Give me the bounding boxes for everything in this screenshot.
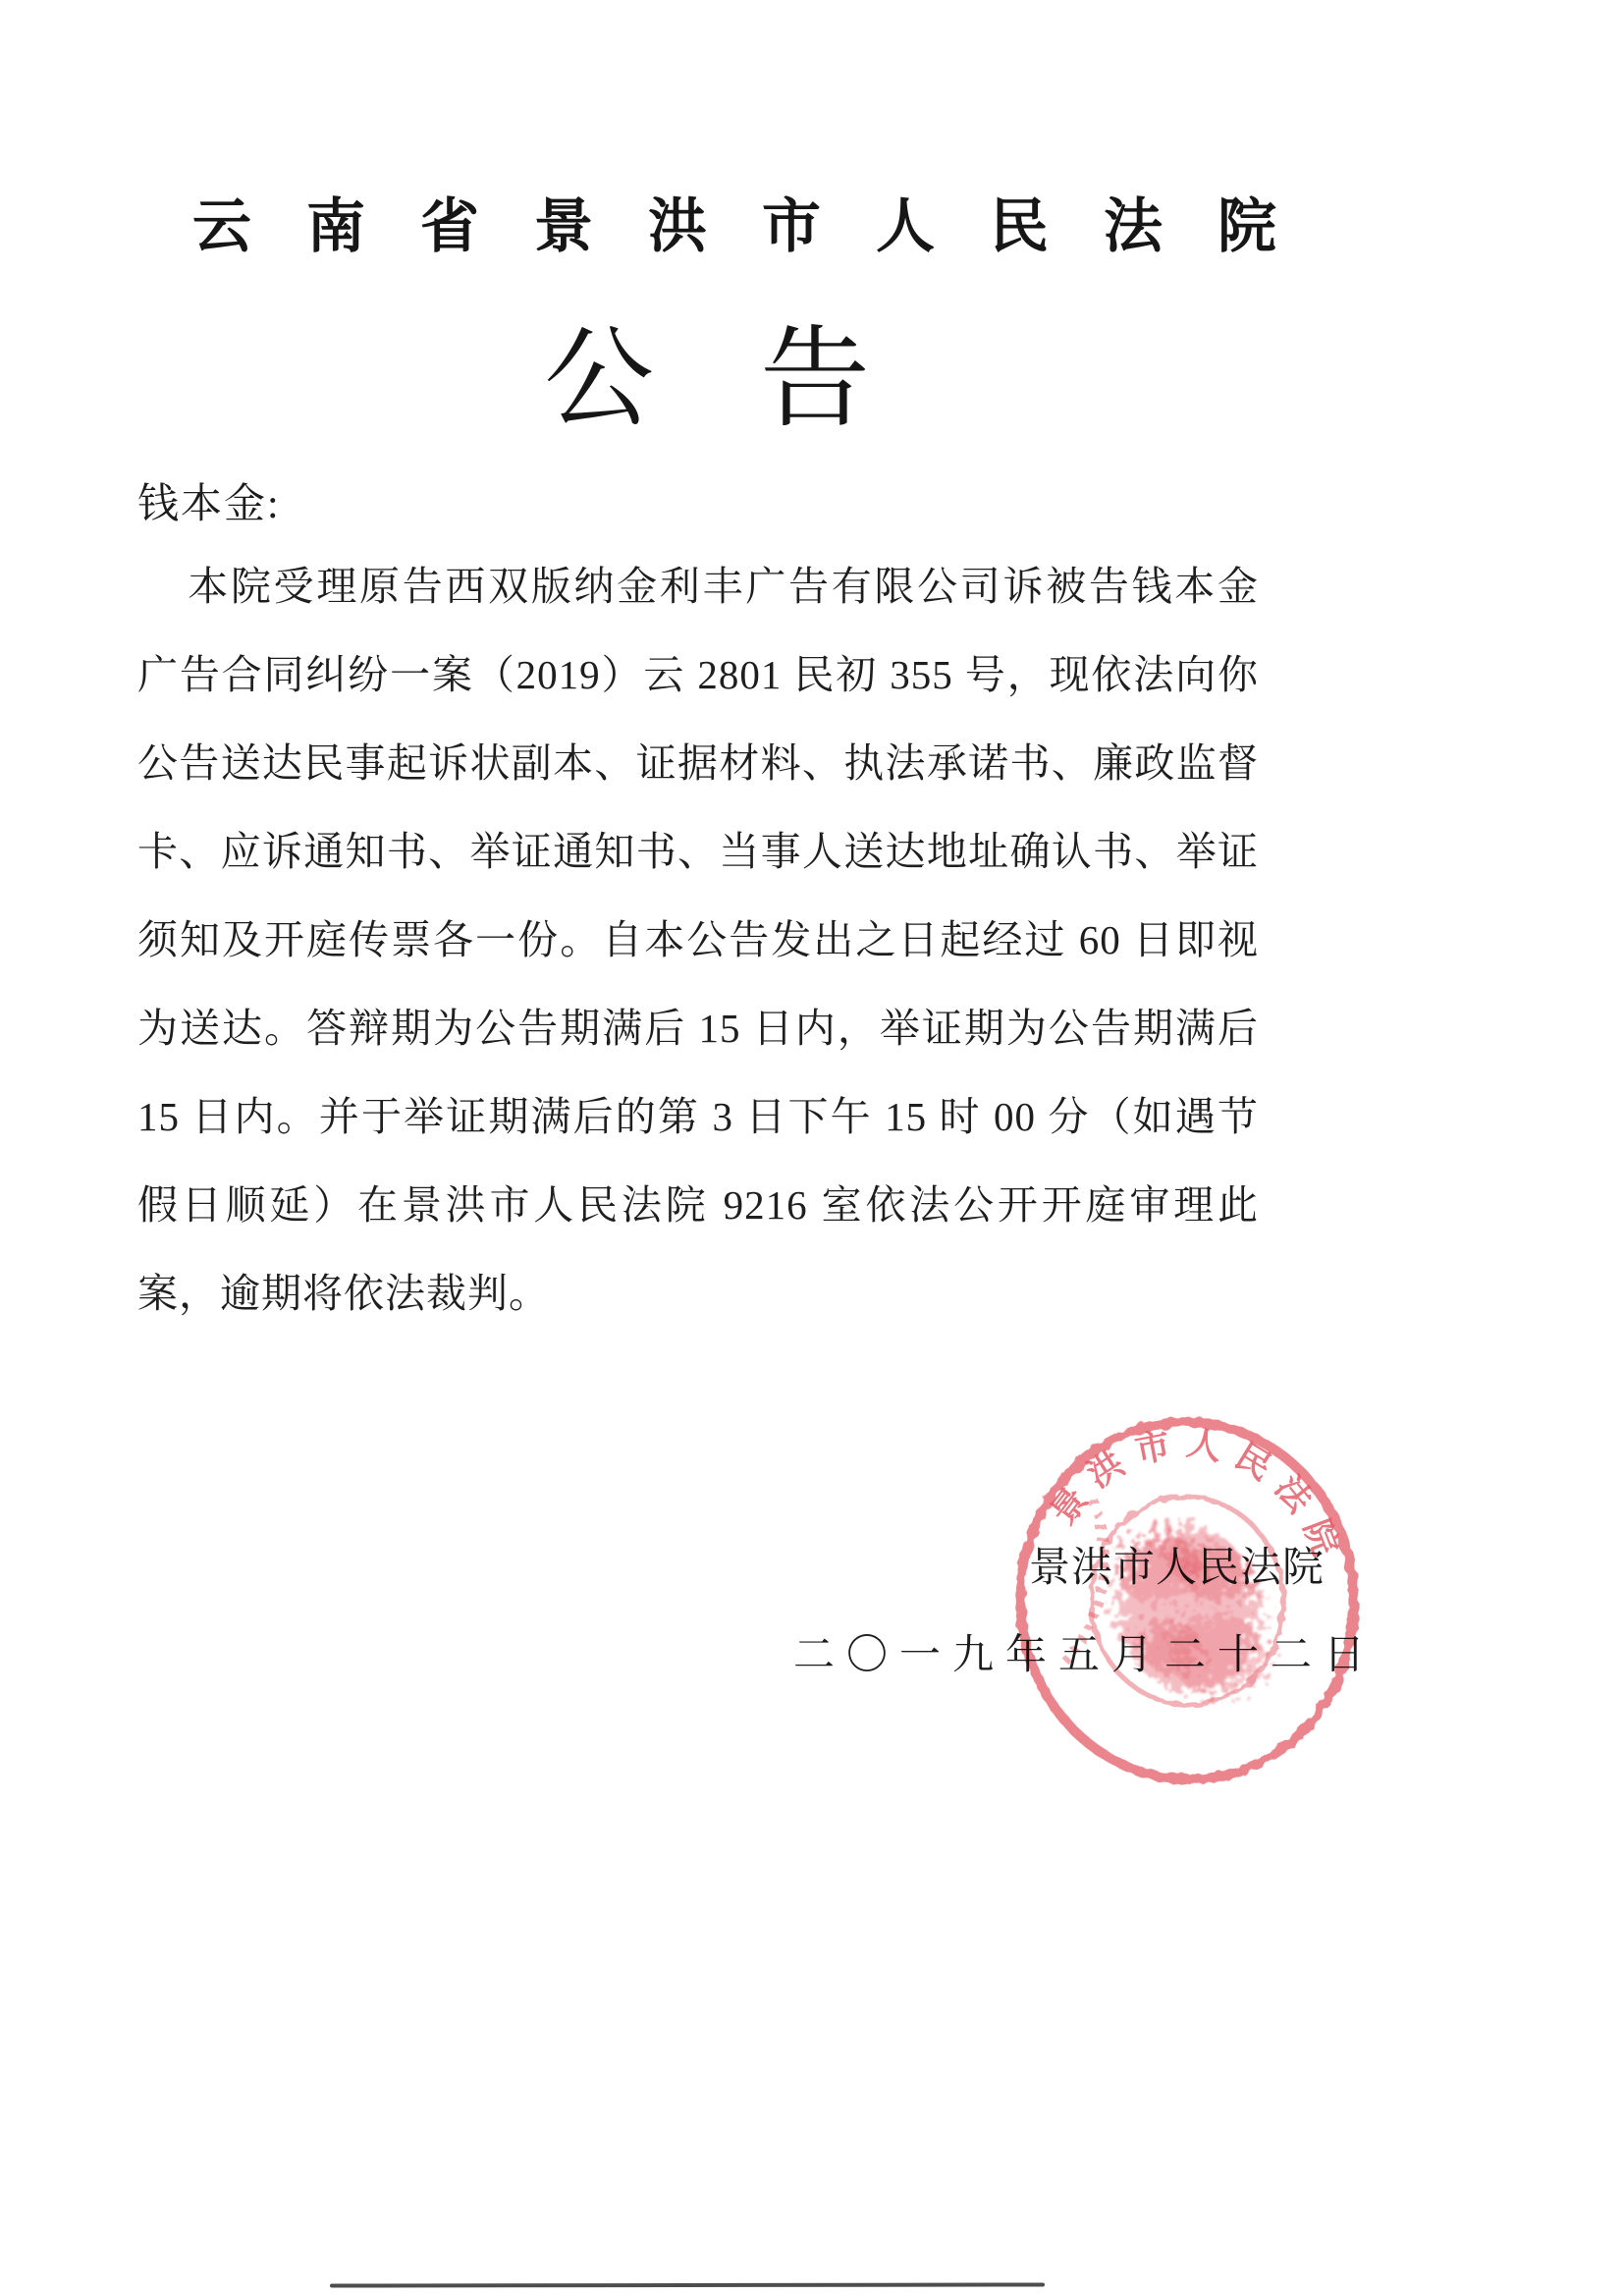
addressee-name: 钱本金:: [137, 471, 281, 530]
seal-emblem: [1109, 1519, 1269, 1702]
announcement-body: 本院受理原告西双版纳金利丰广告有限公司诉被告钱本金广告合同纠纷一案（2019）云…: [137, 542, 1259, 1338]
page-title: 公告: [137, 291, 1276, 449]
announcement-page: 云南省景洪市人民法院 公告 钱本金: 本院受理原告西双版纳金利丰广告有限公司诉被…: [0, 0, 1623, 2296]
court-seal-icon: 景洪市人民法院: [992, 1395, 1382, 1802]
scan-artifact-line: [330, 2282, 1045, 2287]
court-name-heading: 云南省景洪市人民法院: [137, 180, 1276, 264]
seal-dai-script-arc: [1051, 1497, 1113, 1661]
